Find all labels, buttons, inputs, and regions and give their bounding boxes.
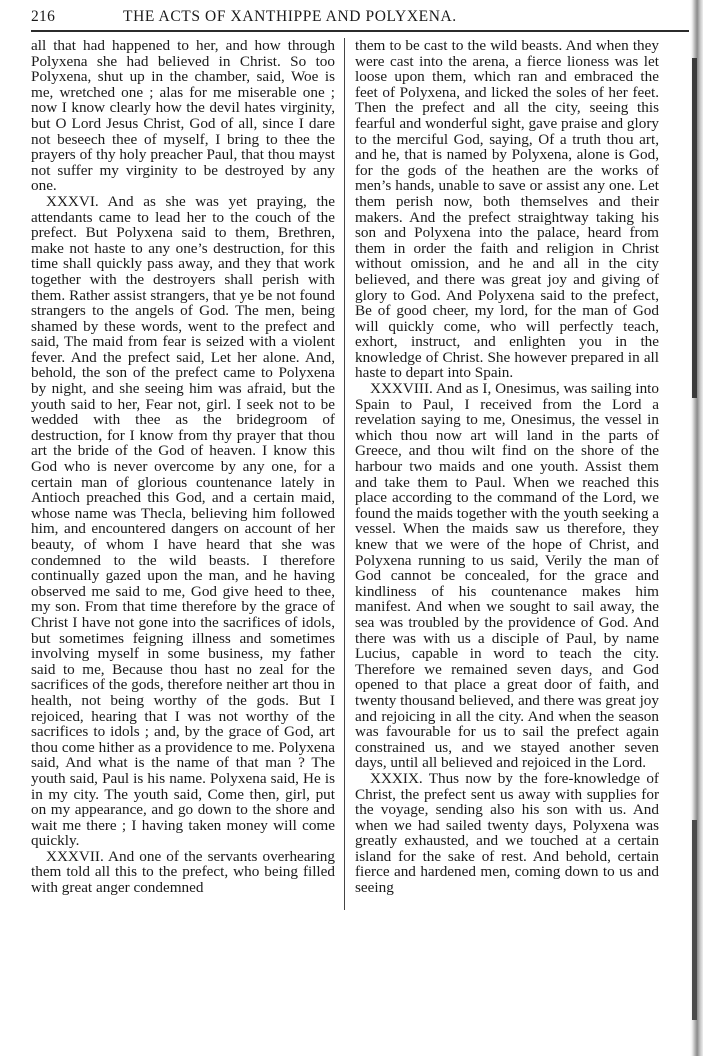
right-column: them to be cast to the wild beasts. And … xyxy=(355,38,659,896)
page-edge-dark-band xyxy=(692,58,697,398)
page-edge-dark-band xyxy=(692,820,697,1020)
column-divider xyxy=(344,38,345,910)
paragraph-xxxviii: XXXVIII. And as I, Onesimus, was sailing… xyxy=(355,381,659,771)
paragraph-xxxvi: XXXVI. And as she was yet praying, the a… xyxy=(31,194,335,849)
paragraph-continuation: them to be cast to the wild beasts. And … xyxy=(355,38,659,381)
paragraph-xxxix: XXXIX. Thus now by the fore-knowledge of… xyxy=(355,771,659,896)
paragraph-xxxvii: XXXVII. And one of the servants overhear… xyxy=(31,849,335,896)
header-rule xyxy=(31,30,689,32)
book-page: 216 THE ACTS OF XANTHIPPE AND POLYXENA. … xyxy=(0,0,703,1056)
left-column: all that had happened to her, and how th… xyxy=(31,38,335,896)
running-head: 216 THE ACTS OF XANTHIPPE AND POLYXENA. xyxy=(31,8,659,28)
page-number: 216 xyxy=(31,8,55,26)
running-title: THE ACTS OF XANTHIPPE AND POLYXENA. xyxy=(123,8,457,26)
paragraph-continuation: all that had happened to her, and how th… xyxy=(31,38,335,194)
